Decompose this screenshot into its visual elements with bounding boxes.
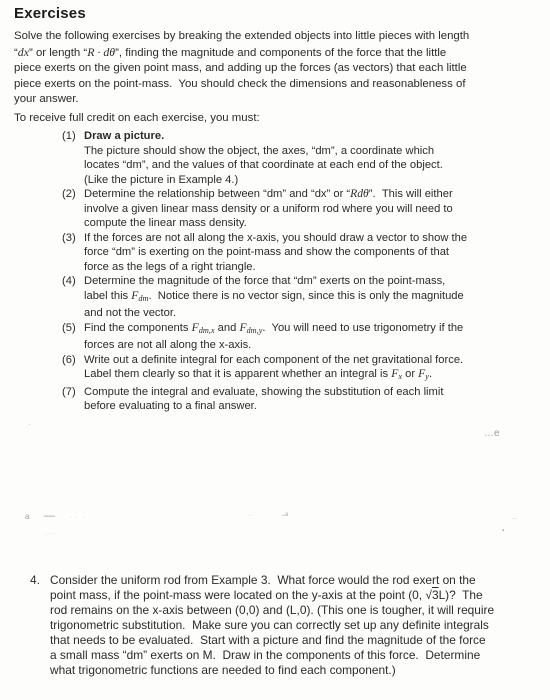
list-item: (2) Determine the relationship between “… [62, 187, 542, 231]
text-line: The picture should show the object, the … [84, 144, 443, 159]
scan-artifact: ▪ [502, 528, 504, 534]
scan-artifact: -ᵃ [282, 510, 288, 520]
scan-artifact: — [44, 510, 55, 522]
list-item: (3) If the forces are not all along the … [62, 231, 542, 275]
scan-artifact: · [28, 420, 31, 429]
text-line: compute the linear mass density. [84, 216, 453, 231]
text-line: Solve the following exercises by breakin… [14, 29, 542, 45]
list-item: (7) Compute the integral and evaluate, s… [62, 385, 542, 414]
text-line: “dx” or length “R · dθ”, finding the mag… [14, 45, 542, 62]
list-item: (4) Determine the magnitude of the force… [62, 274, 542, 321]
item-lines: Draw a picture. The picture should show … [84, 129, 443, 187]
text-line: rod remains on the x-axis between (0,0) … [50, 603, 494, 618]
item-number: (5) [62, 321, 84, 353]
text-line: If the forces are not all along the x-ax… [84, 231, 467, 246]
exercise-4: 4. Consider the uniform rod from Example… [30, 573, 542, 679]
intro-paragraph: Solve the following exercises by breakin… [14, 29, 542, 108]
text-line: that needs to be evaluated. Start with a… [50, 633, 494, 648]
item-number: (1) [62, 129, 84, 187]
text-line: Draw a picture. [84, 129, 443, 144]
text-line: Consider the uniform rod from Example 3.… [50, 573, 494, 588]
item-number: (7) [62, 385, 84, 414]
scan-artifact: …e [484, 428, 500, 439]
scan-artifact: ·· · [70, 514, 87, 521]
list-item: (1) Draw a picture. The picture should s… [62, 129, 542, 187]
scan-artifact: a [25, 512, 29, 521]
text-line: force “dm” is exerting on the point-mass… [84, 245, 467, 260]
text-line: locates “dm”, and the values of that coo… [84, 158, 443, 173]
credit-line: To receive full credit on each exercise,… [14, 111, 542, 127]
text-line: Determine the magnitude of the force tha… [84, 274, 464, 289]
text-line: Determine the relationship between “dm” … [84, 187, 453, 202]
item-lines: If the forces are not all along the x-ax… [84, 231, 467, 275]
text-line: Write out a definite integral for each c… [84, 353, 463, 368]
list-item: (5) Find the components Fdm,x and Fdm,y.… [62, 321, 542, 353]
text-line: trigonometric substitution. Make sure yo… [50, 618, 494, 633]
list-item: (6) Write out a definite integral for ea… [62, 353, 542, 385]
text-line: and not the vector. [84, 306, 464, 321]
text-line: your answer. [14, 92, 542, 108]
item-lines: Determine the relationship between “dm” … [84, 187, 453, 231]
text-line: Compute the integral and evaluate, showi… [84, 385, 443, 400]
item-number: (2) [62, 187, 84, 231]
text-line: piece exerts on the point-mass. You shou… [14, 77, 542, 93]
requirements-list: (1) Draw a picture. The picture should s… [62, 129, 542, 414]
text-line: label this Fdm. Notice there is no vecto… [84, 289, 464, 307]
document-page: Exercises Solve the following exercises … [0, 0, 550, 678]
text-line: Label them clearly so that it is apparen… [84, 367, 463, 385]
item-number: (6) [62, 353, 84, 385]
exercise-lines: Consider the uniform rod from Example 3.… [50, 573, 494, 679]
scan-artifact: ·· [512, 514, 517, 523]
text-line: involve a given linear mass density or a… [84, 202, 453, 217]
item-lines: Write out a definite integral for each c… [84, 353, 463, 385]
page-title: Exercises [14, 0, 542, 22]
scan-artifact: ·· [248, 512, 253, 519]
text-line: (Like the picture in Example 4.) [84, 173, 443, 188]
text-line: before evaluating to a final answer. [84, 399, 443, 414]
text-line: forces are not all along the x-axis. [84, 338, 463, 353]
item-lines: Determine the magnitude of the force tha… [84, 274, 464, 321]
text-line: force as the legs of a right triangle. [84, 260, 467, 275]
text-line: piece exerts on the given point mass, an… [14, 61, 542, 77]
text-line: Find the components Fdm,x and Fdm,y. You… [84, 321, 463, 339]
item-lines: Find the components Fdm,x and Fdm,y. You… [84, 321, 463, 353]
item-lines: Compute the integral and evaluate, showi… [84, 385, 443, 414]
item-number: (4) [62, 274, 84, 321]
text-line: a small mass “dm” exerts on M. Draw in t… [50, 648, 494, 663]
exercise-number: 4. [30, 573, 50, 679]
scan-artifact: ··· [45, 531, 55, 538]
text-line: what trigonometric functions are needed … [50, 663, 494, 678]
text-line: point mass, if the point-mass were locat… [50, 588, 494, 603]
item-number: (3) [62, 231, 84, 275]
